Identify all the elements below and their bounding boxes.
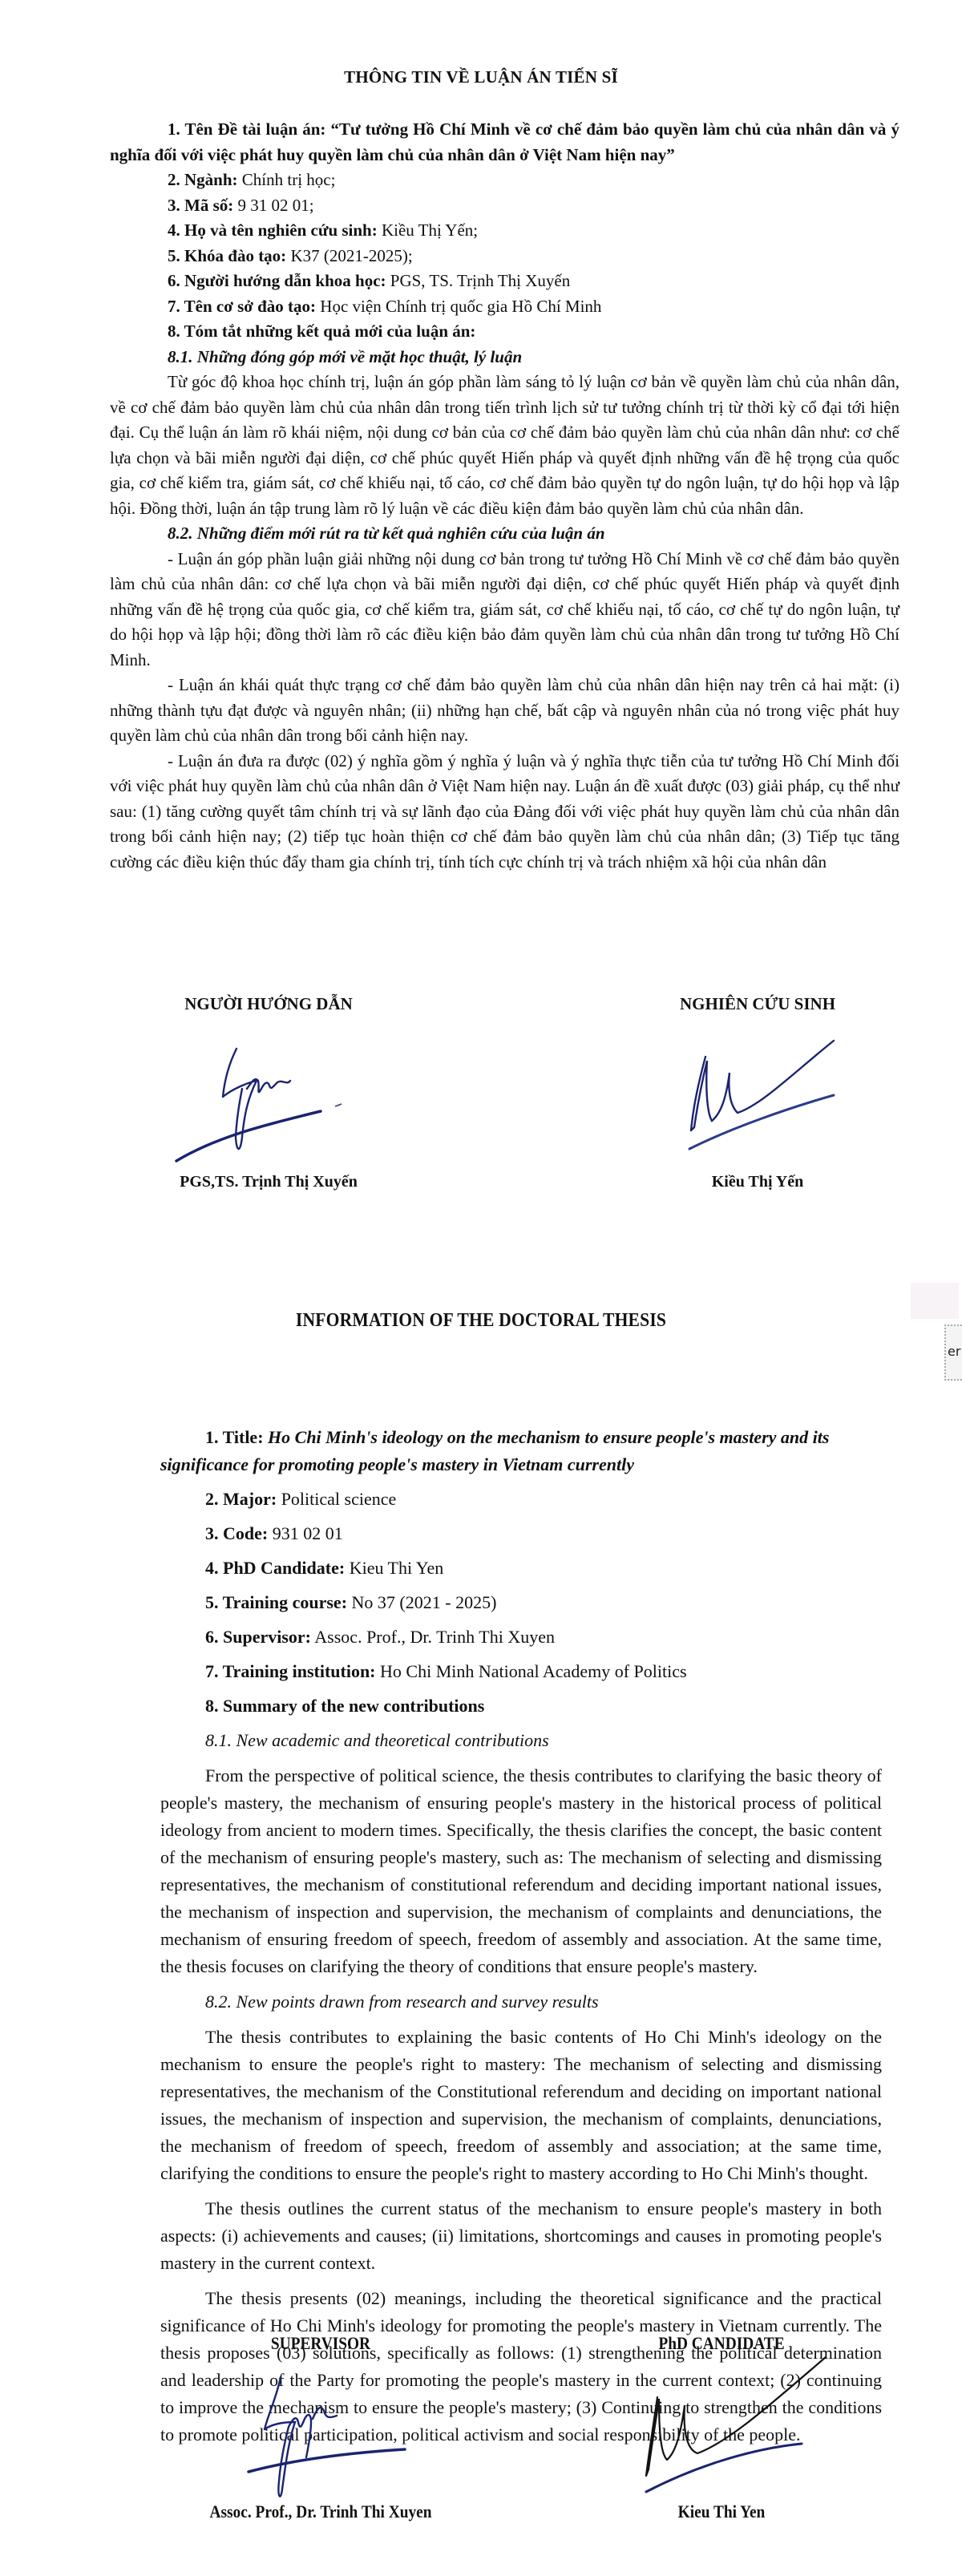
section-8-2-heading: 8.2. Những điểm mới rút ra từ kết quả ng… (110, 521, 899, 547)
field-value: K37 (2021-2025); (290, 246, 412, 265)
handwritten-signature-icon (208, 2369, 449, 2505)
field-value: Chính trị học; (242, 170, 336, 189)
signature-block: NGƯỜI HƯỚNG DẪN PGS,TS. Trịnh Thị Xuyến … (0, 985, 962, 1225)
signer-name: Assoc. Prof., Dr. Trinh Thi Xuyen (194, 2501, 448, 2522)
section-8-2-paragraph: - Luận án khái quát thực trạng cơ chế đả… (110, 673, 899, 749)
handwritten-signature-icon (609, 2349, 866, 2501)
field-value: Học viện Chính trị quốc gia Hồ Chí Minh (320, 297, 601, 316)
supervisor-signature: SUPERVISOR Assoc. Prof., Dr. Trinh Thi X… (176, 2333, 465, 2574)
handwritten-signature-icon (649, 1025, 890, 1161)
field-value: 9 31 02 01; (238, 196, 314, 215)
field-label: 5. Training course: (205, 1592, 347, 1612)
field-code: 3. Mã số: 9 31 02 01; (110, 193, 899, 219)
field-value: Assoc. Prof., Dr. Trinh Thi Xuyen (314, 1627, 555, 1647)
page-title: THÔNG TIN VỀ LUẬN ÁN TIẾN SĨ (0, 67, 962, 87)
field-supervisor: 6. Người hướng dẫn khoa học: PGS, TS. Tr… (110, 269, 899, 294)
field-candidate: 4. Họ và tên nghiên cứu sinh: Kiều Thị Y… (110, 218, 899, 244)
section-8-1-paragraph: Từ góc độ khoa học chính trị, luận án gó… (110, 370, 899, 521)
field-summary-heading: 8. Summary of the new contributions (160, 1692, 882, 1720)
section-8-2-paragraph: - Luận án đưa ra được (02) ý nghĩa gồm ý… (110, 749, 899, 876)
edge-overlay-tab: er (944, 1324, 962, 1381)
field-label: 2. Major: (205, 1489, 277, 1509)
field-major: 2. Major: Political science (160, 1486, 882, 1513)
field-value: PGS, TS. Trịnh Thị Xuyến (390, 271, 570, 290)
field-institution: 7. Tên cơ sở đào tạo: Học viện Chính trị… (110, 294, 899, 320)
section-8-2-heading: 8.2. New points drawn from research and … (160, 1988, 882, 2016)
section-8-2-paragraph: The thesis outlines the current status o… (160, 2195, 882, 2277)
field-label: 6. Supervisor: (205, 1627, 311, 1647)
candidate-signature: NGHIÊN CỨU SINH Kiều Thị Yến (657, 985, 858, 1225)
field-label: 6. Người hướng dẫn khoa học: (168, 271, 386, 290)
page-title: INFORMATION OF THE DOCTORAL THESIS (48, 1310, 914, 1332)
field-value: Kiều Thị Yến; (382, 220, 478, 240)
candidate-signature: PhD CANDIDATE Kieu Thi Yen (609, 2333, 834, 2574)
thesis-info-body: 1. Tên Đề tài luận án: “Tư tưởng Hồ Chí … (110, 117, 899, 875)
field-label: 4. PhD Candidate: (205, 1558, 345, 1578)
field-label: 7. Tên cơ sở đào tạo: (168, 297, 316, 316)
field-label: 2. Ngành: (168, 170, 238, 189)
field-label: 3. Mã số: (168, 196, 233, 215)
field-label: 1. Tên Đề tài luận án: (168, 119, 325, 139)
thesis-info-body: 1. Title: Ho Chi Minh's ideology on the … (160, 1424, 882, 2457)
signer-role: NGHIÊN CỨU SINH (657, 994, 858, 1014)
field-supervisor: 6. Supervisor: Assoc. Prof., Dr. Trinh T… (160, 1624, 882, 1651)
field-label: 7. Training institution: (205, 1661, 376, 1681)
field-value: No 37 (2021 - 2025) (352, 1592, 497, 1612)
handwritten-signature-icon (152, 1033, 393, 1169)
field-summary-heading: 8. Tóm tắt những kết quả mới của luận án… (110, 319, 899, 345)
field-thesis-title: 1. Tên Đề tài luận án: “Tư tưởng Hồ Chí … (110, 117, 899, 168)
field-value: Kieu Thi Yen (350, 1558, 444, 1578)
signer-role: SUPERVISOR (194, 2333, 448, 2354)
supervisor-signature: NGƯỜI HƯỚNG DẪN PGS,TS. Trịnh Thị Xuyến (136, 985, 401, 1225)
section-8-2-paragraph: - Luận án góp phần luận giải những nội d… (110, 547, 899, 673)
vietnamese-page: THÔNG TIN VỀ LUẬN ÁN TIẾN SĨ 1. Tên Đề t… (0, 0, 962, 1235)
field-course: 5. Khóa đào tạo: K37 (2021-2025); (110, 244, 899, 269)
signer-name: Kiều Thị Yến (657, 1173, 858, 1191)
field-title: 1. Title: Ho Chi Minh's ideology on the … (160, 1424, 882, 1478)
signature-block: SUPERVISOR Assoc. Prof., Dr. Trinh Thi X… (0, 2333, 962, 2574)
field-course: 5. Training course: No 37 (2021 - 2025) (160, 1589, 882, 1616)
signer-role: NGƯỜI HƯỚNG DẪN (136, 994, 401, 1014)
field-institution: 7. Training institution: Ho Chi Minh Nat… (160, 1658, 882, 1685)
field-value: 931 02 01 (273, 1523, 343, 1543)
field-value: Ho Chi Minh National Academy of Politics (380, 1661, 687, 1681)
field-label: 5. Khóa đào tạo: (168, 246, 286, 265)
signer-name: Kieu Thi Yen (623, 2501, 820, 2522)
field-major: 2. Ngành: Chính trị học; (110, 168, 899, 193)
english-page: INFORMATION OF THE DOCTORAL THESIS 1. Ti… (0, 1235, 962, 2576)
field-label: 1. Title: (205, 1427, 264, 1447)
signer-name: PGS,TS. Trịnh Thị Xuyến (136, 1173, 401, 1191)
section-8-2-paragraph: The thesis contributes to explaining the… (160, 2024, 882, 2187)
field-candidate: 4. PhD Candidate: Kieu Thi Yen (160, 1555, 882, 1582)
field-label: 3. Code: (205, 1523, 268, 1543)
section-8-1-paragraph: From the perspective of political scienc… (160, 1762, 882, 1980)
field-label: 4. Họ và tên nghiên cứu sinh: (168, 220, 378, 240)
section-8-1-heading: 8.1. Những đóng góp mới về mặt học thuật… (110, 345, 899, 370)
section-8-1-heading: 8.1. New academic and theoretical contri… (160, 1727, 882, 1754)
field-value: Political science (281, 1489, 397, 1509)
scan-smudge (911, 1283, 959, 1319)
field-code: 3. Code: 931 02 01 (160, 1520, 882, 1547)
